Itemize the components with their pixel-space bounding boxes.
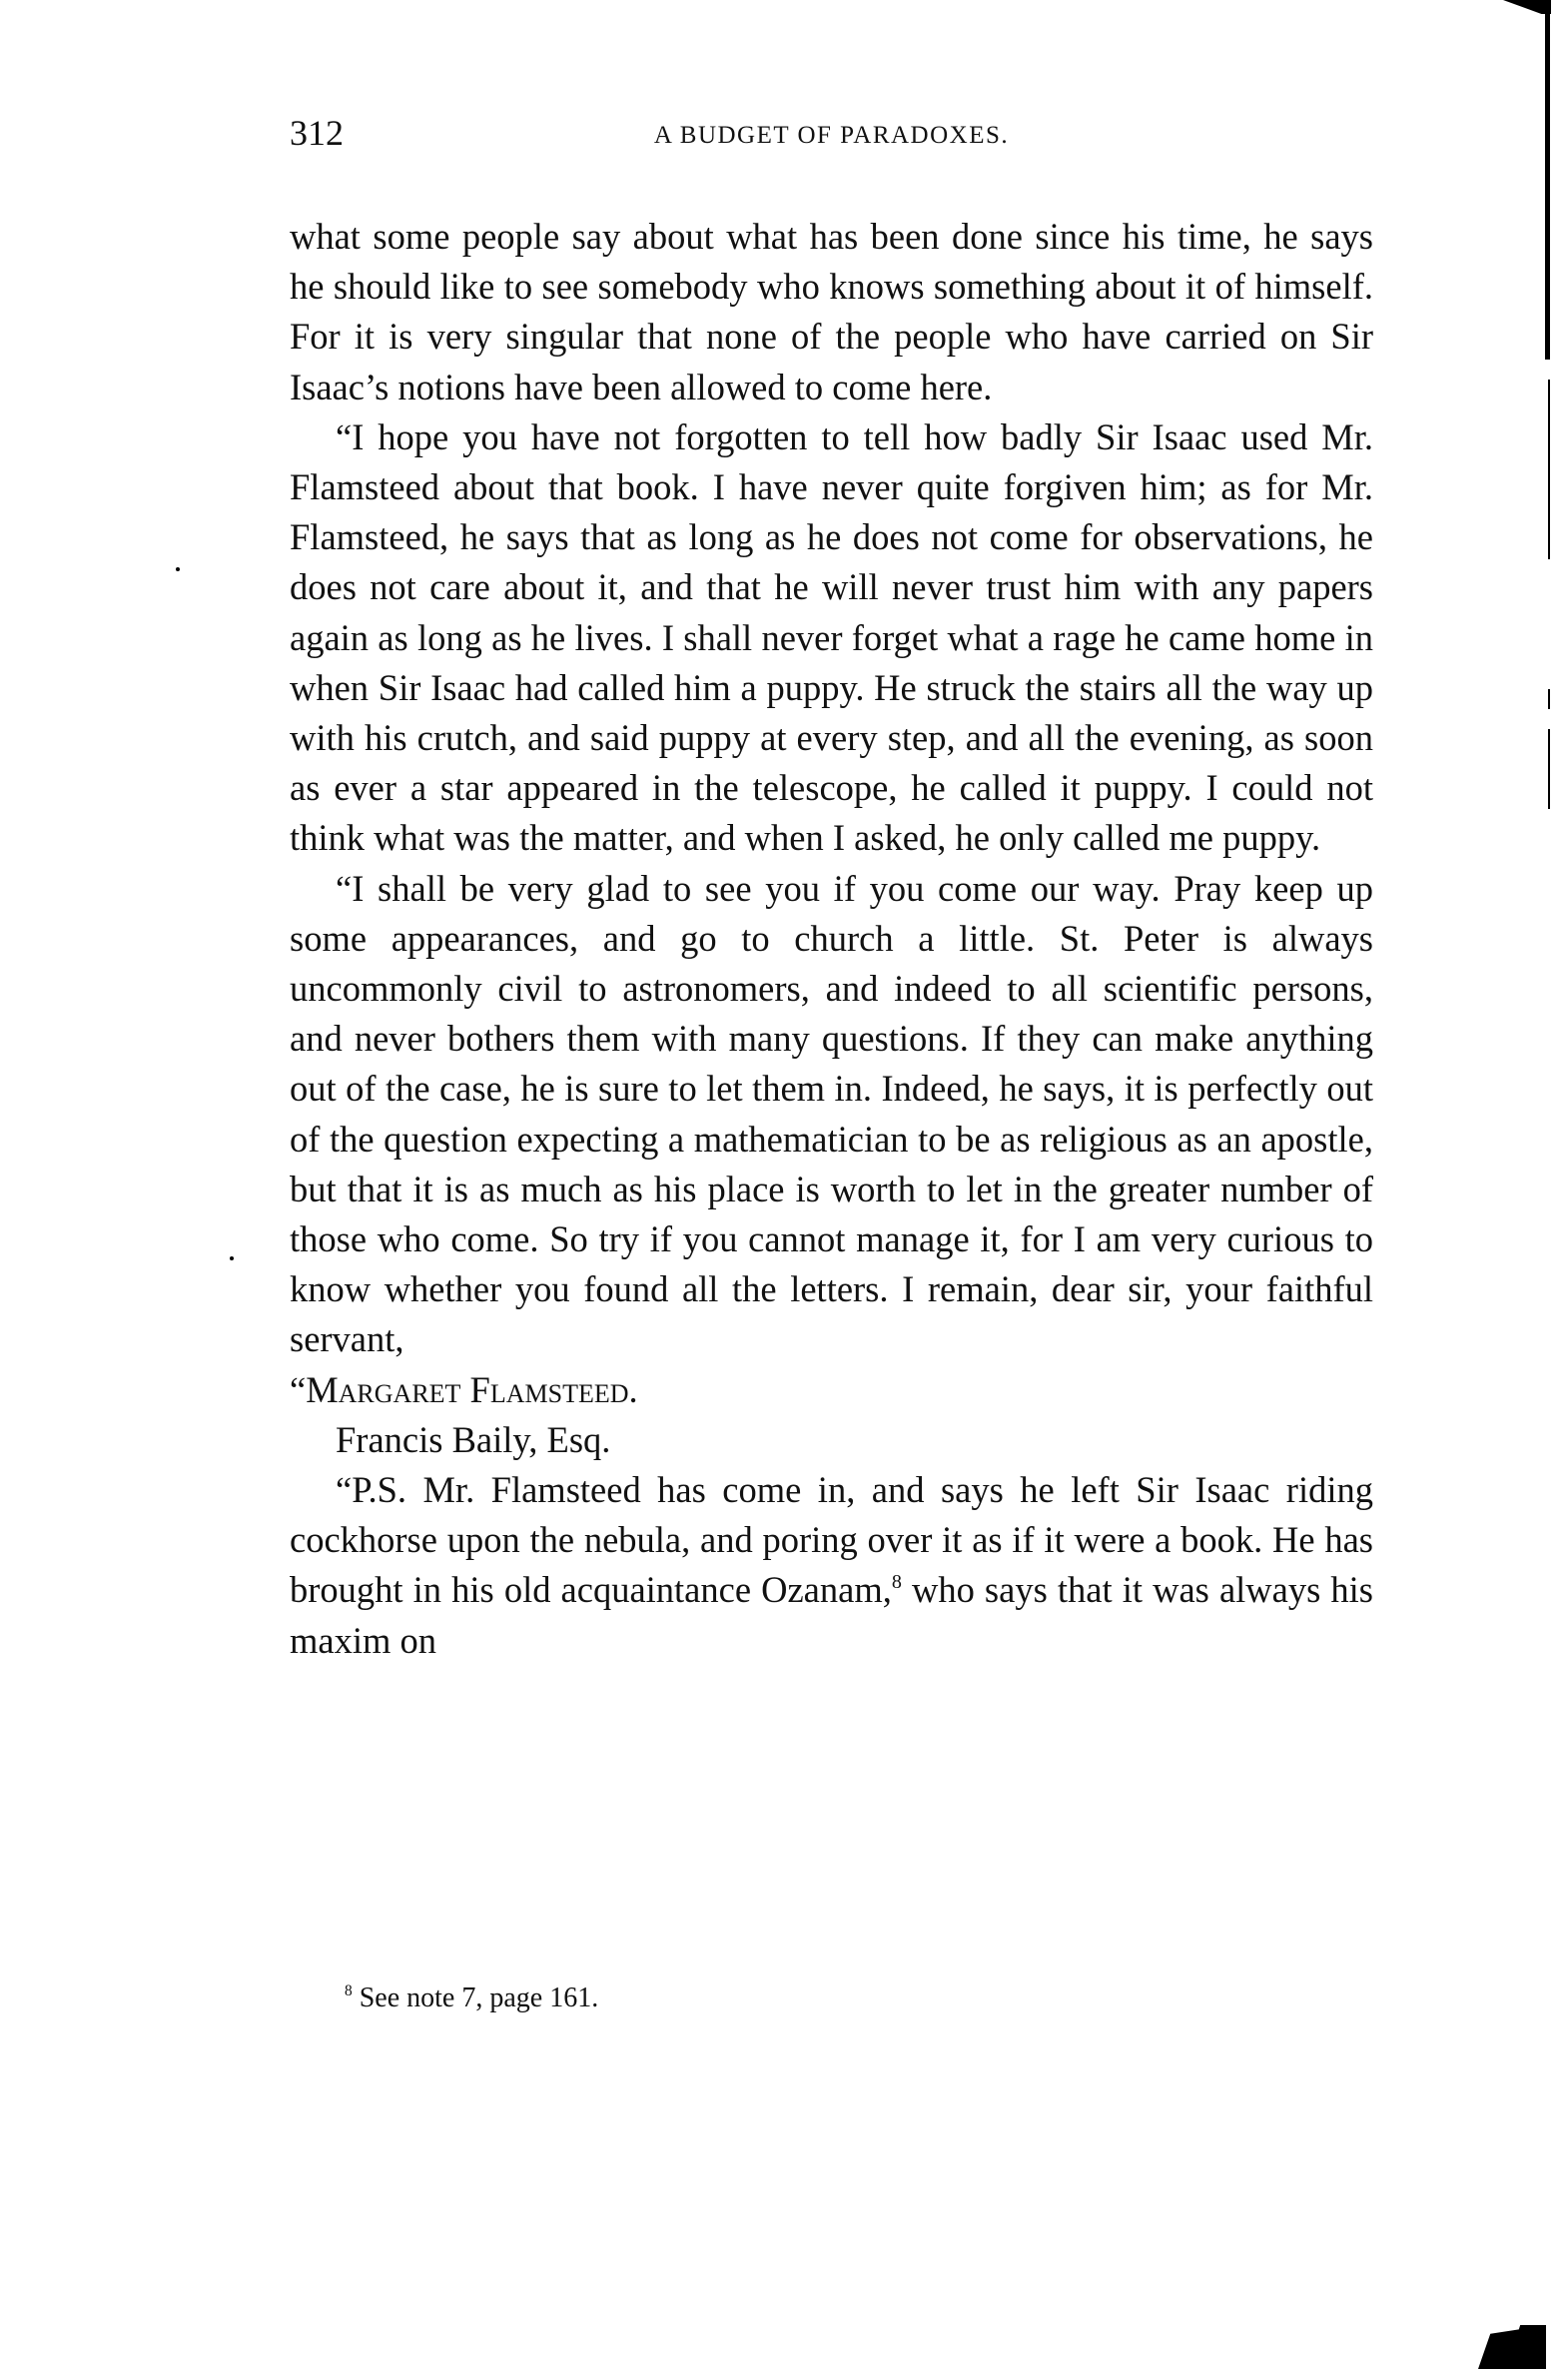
- scan-speck: [176, 567, 180, 571]
- footnote-text: See note 7, page 161.: [360, 1982, 599, 2013]
- paragraph: “I shall be very glad to see you if you …: [290, 864, 1373, 1365]
- scan-edge-artifact: [1548, 689, 1550, 709]
- scan-edge-artifact: [1548, 380, 1550, 559]
- scan-edge-artifact: [1548, 729, 1550, 809]
- paragraph: what some people say about what has been…: [290, 212, 1373, 412]
- scan-edge-artifact: [1503, 0, 1551, 14]
- scan-corner-artifact: [1478, 2325, 1546, 2369]
- paragraph: “I hope you have not forgotten to tell h…: [290, 412, 1373, 864]
- footnote: 8 See note 7, page 161.: [345, 1982, 598, 2014]
- page-body: what some people say about what has been…: [290, 212, 1373, 1666]
- running-title: A BUDGET OF PARADOXES.: [290, 122, 1373, 150]
- signature: “Margaret Flamsteed.: [290, 1365, 1373, 1415]
- footnote-reference: 8: [892, 1571, 902, 1593]
- addressee: Francis Baily, Esq.: [290, 1415, 1373, 1465]
- footnote-marker: 8: [345, 1982, 353, 1999]
- scan-edge-artifact: [1545, 0, 1550, 360]
- page-header: 312 A BUDGET OF PARADOXES.: [290, 112, 1373, 162]
- scan-speck: [230, 1256, 234, 1260]
- postscript: “P.S. Mr. Flamsteed has come in, and say…: [290, 1465, 1373, 1666]
